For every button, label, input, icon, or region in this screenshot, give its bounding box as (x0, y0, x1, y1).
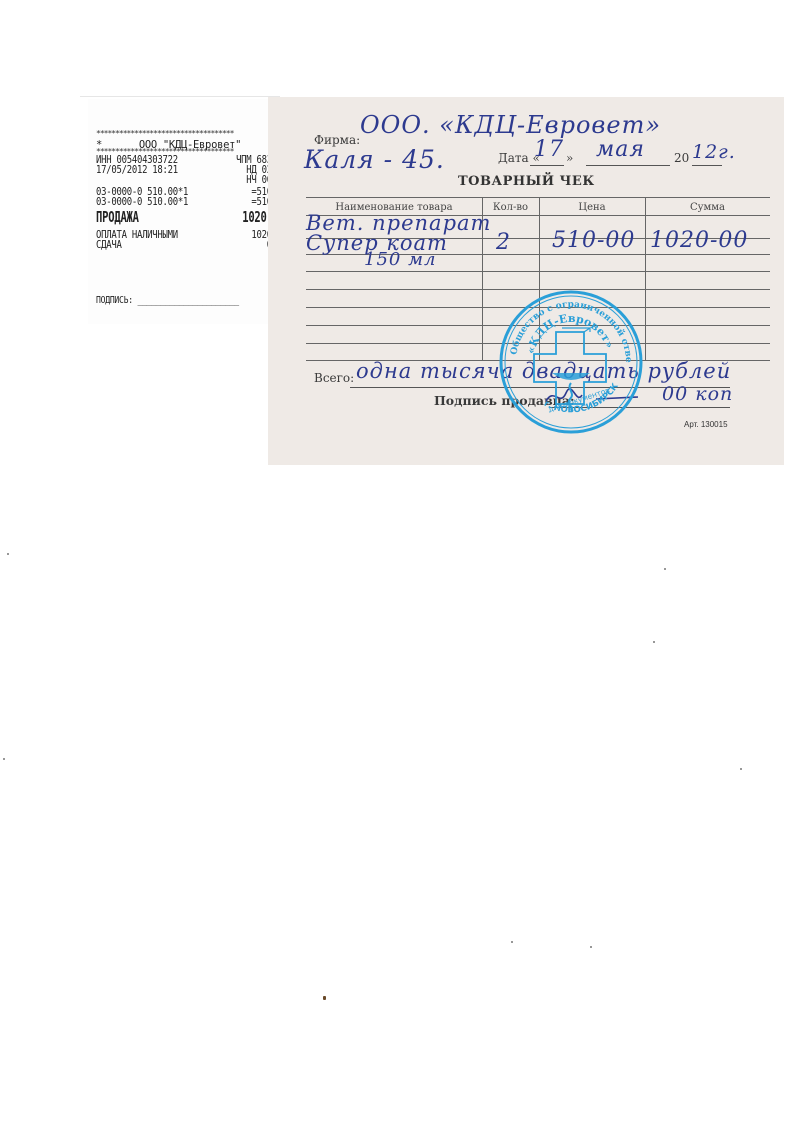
date-quote: » (566, 151, 573, 165)
date-year-line (692, 165, 722, 166)
date-month: мая (596, 137, 645, 162)
receipt-star-border-top: ************************************ (96, 129, 286, 138)
scan-speck (653, 641, 655, 643)
column-header-sum: Сумма (645, 202, 770, 213)
sales-slip: Фирма: ООО. «КДЦ-Евровет» Каля - 45. Дат… (268, 97, 784, 465)
scan-edge-line (80, 96, 280, 97)
receipt-change-label: СДАЧА (96, 240, 122, 251)
date-year-prefix: 20 (674, 151, 689, 165)
item-name-line3: 150 мл (364, 249, 436, 270)
scan-speck (7, 553, 9, 555)
total-label: Всего: (314, 371, 354, 385)
item-qty: 2 (496, 230, 511, 255)
scan-speck (590, 946, 592, 948)
receipt-sale-label: ПРОДАЖА (96, 209, 139, 225)
item-sum: 1020-00 (650, 228, 748, 253)
receipt-item-code: 03-0000-0 510.00*1 (96, 197, 188, 208)
receipt-item: 03-0000-0 510.00*1 =510.00 (96, 197, 287, 208)
scan-speck (664, 568, 666, 570)
receipt-signature: ПОДПИСЬ: ______________________ (96, 295, 239, 306)
receipt-nch-row: НЧ 00033 (96, 175, 287, 186)
receipt-change-row: СДАЧА 0.00 (96, 240, 287, 251)
item-price: 510-00 (552, 228, 635, 253)
slip-title: ТОВАРНЫЙ ЧЕК (458, 174, 595, 189)
firm-value: ООО. «КДЦ-Евровет» (360, 111, 661, 139)
total-words-kopecks: 00 коп (662, 383, 733, 405)
scan-speck (323, 996, 326, 1000)
date-year: 12г. (692, 141, 736, 163)
date-day-line (530, 165, 564, 166)
stamp-bowl-icon (552, 373, 590, 380)
firm-address: Каля - 45. (304, 145, 445, 174)
article-number: Арт. 130015 (684, 420, 728, 429)
date-day: 17 (534, 137, 564, 162)
receipt-signature-label: ПОДПИСЬ: (96, 295, 133, 306)
date-month-line (586, 165, 670, 166)
company-stamp: Общество с ограниченной ответственностью… (496, 287, 646, 437)
scan-speck (3, 758, 5, 760)
receipt-sale-row: ПРОДАЖА 1020.00 (96, 209, 285, 225)
cash-register-receipt: ************************************ * О… (88, 99, 288, 324)
scan-speck (511, 941, 513, 943)
scan-speck (740, 768, 742, 770)
column-header-price: Цена (539, 202, 645, 213)
receipt-signature-line: ______________________ (137, 295, 238, 306)
